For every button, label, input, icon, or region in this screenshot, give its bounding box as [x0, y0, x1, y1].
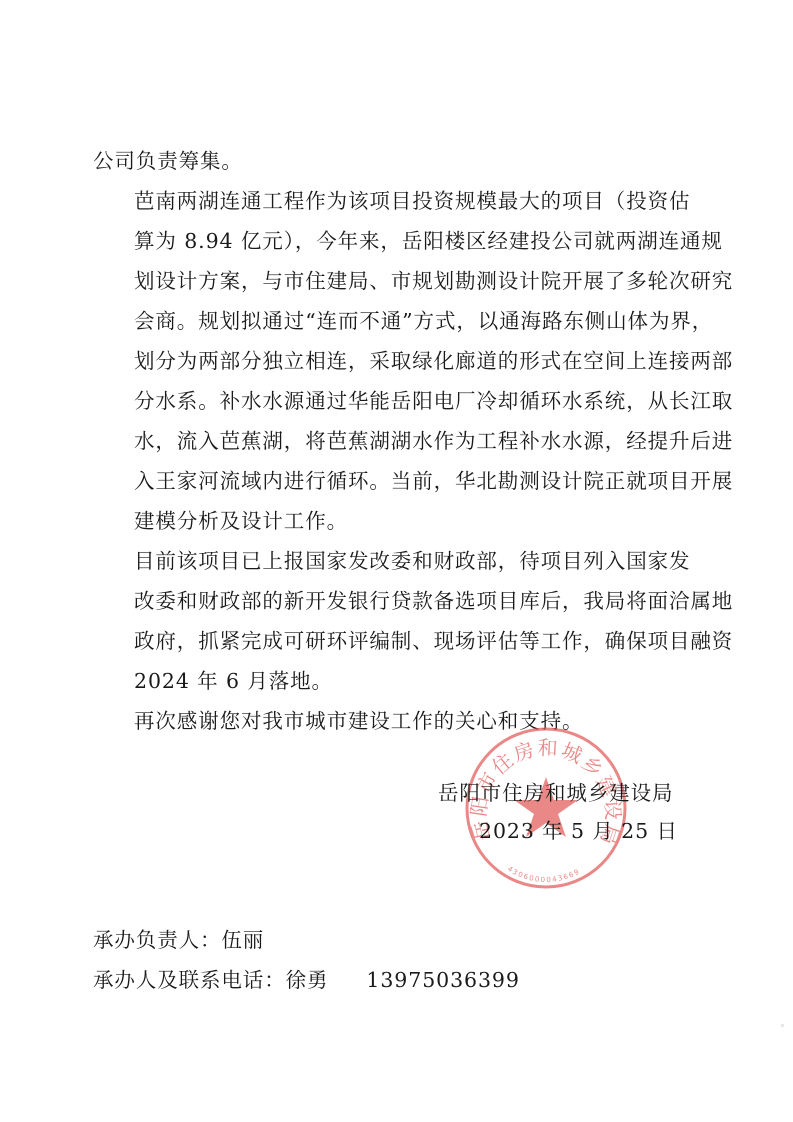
paragraph-project-status: 目前该项目已上报国家发改委和财政部，待项目列入国家发 改委和财政部的新开发银行贷… [93, 541, 713, 701]
text-line: 算为 8.94 亿元），今年来，岳阳楼区经建投公司就两湖连通规 [93, 221, 713, 261]
seal-code-text: 4306000043669 [506, 865, 582, 884]
contact-info: 承办负责人：伍丽 承办人及联系电话：徐勇13975036399 [93, 920, 520, 1000]
text-line: 分水系。补水水源通过华能岳阳电厂冷却循环水系统，从长江取 [93, 381, 713, 421]
handler-label: 承办人及联系电话： [93, 968, 286, 992]
handler-name: 徐勇 [286, 968, 329, 992]
issuing-organization: 岳阳市住房和城乡建设局 [438, 774, 678, 812]
text-line: 政府，抓紧完成可研环评编制、现场评估等工作，确保项目融资 [93, 621, 713, 661]
text-line: 会商。规划拟通过“连而不通”方式，以通海路东侧山体为界， [93, 301, 713, 341]
responsible-name: 伍丽 [221, 928, 264, 952]
text-line: 建模分析及设计工作。 [93, 501, 713, 541]
text-line: 公司负责筹集。 [93, 141, 713, 181]
scan-artifact [781, 1024, 784, 1027]
paragraph-funding-tail: 公司负责筹集。 [93, 141, 713, 181]
text-line: 2024 年 6 月落地。 [93, 661, 713, 701]
responsible-person-row: 承办负责人：伍丽 [93, 920, 520, 960]
letter-body: 公司负责筹集。 芭南两湖连通工程作为该项目投资规模最大的项目（投资估 算为 8.… [93, 141, 713, 741]
text-line: 目前该项目已上报国家发改委和财政部，待项目列入国家发 [93, 541, 713, 581]
issue-date: 2023 年 5 月 25 日 [438, 812, 678, 850]
text-line: 划设计方案，与市住建局、市规划勘测设计院开展了多轮次研究 [93, 261, 713, 301]
paragraph-lake-connection: 芭南两湖连通工程作为该项目投资规模最大的项目（投资估 算为 8.94 亿元），今… [93, 181, 713, 541]
text-line: 芭南两湖连通工程作为该项目投资规模最大的项目（投资估 [93, 181, 713, 221]
responsible-label: 承办负责人： [93, 928, 221, 952]
paragraph-thanks: 再次感谢您对我市城市建设工作的关心和支持。 [93, 701, 713, 741]
text-line: 改委和财政部的新开发银行贷款备选项目库后，我局将面洽属地 [93, 581, 713, 621]
text-line: 划分为两部分独立相连，采取绿化廊道的形式在空间上连接两部 [93, 341, 713, 381]
signature-block: 岳阳市住房和城乡建设局 2023 年 5 月 25 日 [438, 774, 678, 850]
handler-row: 承办人及联系电话：徐勇13975036399 [93, 960, 520, 1000]
document-page: 公司负责筹集。 芭南两湖连通工程作为该项目投资规模最大的项目（投资估 算为 8.… [0, 0, 793, 1122]
text-line: 再次感谢您对我市城市建设工作的关心和支持。 [93, 701, 713, 741]
text-line: 入王家河流域内进行循环。当前，华北勘测设计院正就项目开展 [93, 461, 713, 501]
text-line: 水，流入芭蕉湖，将芭蕉湖湖水作为工程补水水源，经提升后进 [93, 421, 713, 461]
handler-phone: 13975036399 [366, 968, 519, 992]
